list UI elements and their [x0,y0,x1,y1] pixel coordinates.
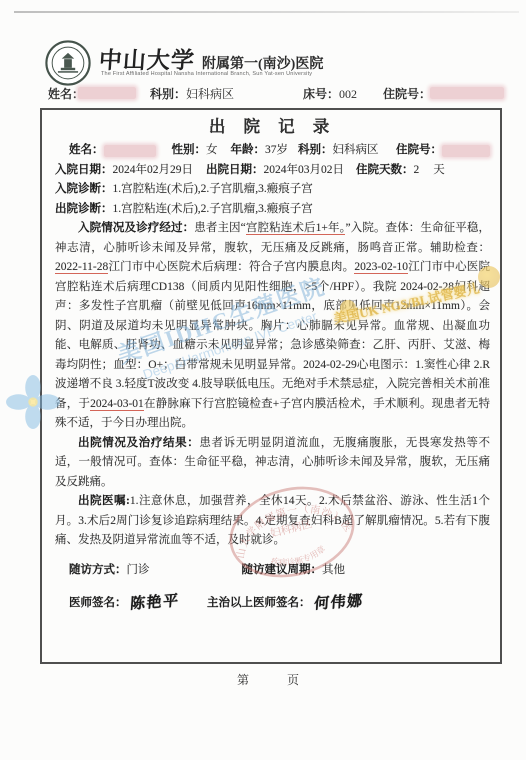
course-paragraph: 入院情况及诊疗经过：患者主因“宫腔粘连术后1+年。”入院。查体：生命征平稳，神志… [55,219,490,434]
followup-method-value: 门诊 [127,561,150,581]
age-value: 37岁 [265,141,288,161]
text-segment: 入院情况及诊疗经过： [78,222,194,234]
redacted-patient-name [104,145,156,157]
text-segment: 2024-03-01 [90,398,144,411]
dept-label: 科别： [298,141,333,161]
doctor-signature-label: 医师签名： [69,594,127,614]
redacted-hospital-no [442,145,490,157]
days-unit: 天 [433,161,445,181]
footer-page-suffix: 页 [287,671,299,688]
text-segment: 2023-02-10 [354,261,408,274]
text-segment: 江门市中心医院术后病理：符合子宫内膜息肉。 [108,261,354,273]
scan-edge-artifact [14,11,519,13]
record-content: 出 院 记 录 姓名： 性别： 女 年龄： 37岁 科别： 妇科病区 住院号： … [42,110,500,613]
hospital-tagline-en: The First Affiliated Hospital Nansha Int… [101,71,312,77]
followup-row: 随访方式： 门诊 随访建议周期： 其他 [55,561,490,581]
discharge-diagnosis-value: 1.宫腔粘连(术后),2.子宫肌瘤,3.瘢痕子宫 [113,200,313,220]
hospital-branch: 附属第一(南沙)医院 [202,57,323,72]
followup-period-label: 随访建议周期： [242,561,323,581]
sex-value: 女 [206,141,218,161]
discharge-diagnosis-label: 出院诊断： [55,200,113,220]
doctor-signature-handwriting: 陈艳平 [129,592,180,615]
admit-diagnosis-row: 入院诊断： 1.宫腔粘连(术后),2.子宫肌瘤,3.瘢痕子宫 [55,180,490,200]
topbar-dept: 科别：妇科病区 [150,85,234,102]
dept-value: 妇科病区 [333,141,379,161]
text-segment: 出院情况及治疗结果： [78,437,199,449]
page-footer: 第 页 [0,671,526,688]
admit-diagnosis-value: 1.宫腔粘连(术后),2.子宫肌瘤,3.瘢痕子宫 [113,180,313,200]
discharge-date-value: 2024年03月02日 [264,161,345,181]
signature-row: 医师签名： 陈艳平 主治以上医师签名： 何伟娜 [55,589,490,613]
days-value: 2 [414,161,420,181]
discharge-record-box: 出 院 记 录 姓名： 性别： 女 年龄： 37岁 科别： 妇科病区 住院号： … [40,108,502,664]
patient-topbar: 姓名： 科别：妇科病区 床号：002 住院号： [0,85,526,102]
admit-date-value: 2024年02月29日 [113,161,194,181]
text-segment: 江门市中心医院宫腔粘连术后病理CD138（间质内见阳性细胞，>5个/HPF）。我… [55,261,490,410]
record-title: 出 院 记 录 [55,116,490,138]
dates-row: 入院日期： 2024年02月29日 出院日期： 2024年03月02日 住院天数… [55,161,490,181]
admit-date-label: 入院日期： [55,161,113,181]
text-segment: 出院医嘱: [78,495,130,507]
text-segment: 患者主因“ [194,222,246,234]
text-segment: 宫腔粘连术后1+年。 [246,222,346,235]
redacted-hospital-no [430,87,504,99]
followup-method-label: 随访方式： [69,561,127,581]
patient-info-row: 姓名： 性别： 女 年龄： 37岁 科别： 妇科病区 住院号： [55,141,490,161]
days-label: 住院天数： [356,161,414,181]
footer-page-prefix: 第 [237,671,249,688]
discharge-date-label: 出院日期： [206,161,264,181]
topbar-dept-value: 妇科病区 [186,87,234,101]
name-label: 姓名： [69,141,104,161]
sex-label: 性别： [172,141,207,161]
topbar-hospital-no-label: 住院号： [383,85,431,102]
hospital-no-label: 住院号： [396,141,442,161]
discharge-diagnosis-row: 出院诊断： 1.宫腔粘连(术后),2.子宫肌瘤,3.瘢痕子宫 [55,200,490,220]
hospital-logo-icon [44,39,92,87]
attending-signature-label: 主治以上医师签名： [207,594,311,614]
admit-diagnosis-label: 入院诊断： [55,180,113,200]
advice-paragraph: 出院医嘱:1.注意休息，加强营养，全休14天。2.术后禁盆浴、游泳、性生活1个月… [55,492,490,551]
topbar-dept-label: 科别： [150,87,186,101]
attending-signature-handwriting: 何伟娜 [313,592,364,615]
topbar-bed: 床号：002 [303,85,357,102]
topbar-bed-label: 床号： [303,87,339,101]
redacted-patient-name [78,87,136,99]
age-label: 年龄： [231,141,266,161]
followup-period-value: 其他 [322,561,345,581]
discharge-status-paragraph: 出院情况及治疗结果：患者诉无明显阴道流血，无腹痛腹胀，无畏寒发热等不适，一般情况… [55,434,490,493]
scanned-discharge-record-page: { "hospital": { "logo_icon": "hospital-e… [0,0,526,760]
text-segment: 2022-11-28 [55,261,108,274]
topbar-bed-value: 002 [339,87,357,101]
